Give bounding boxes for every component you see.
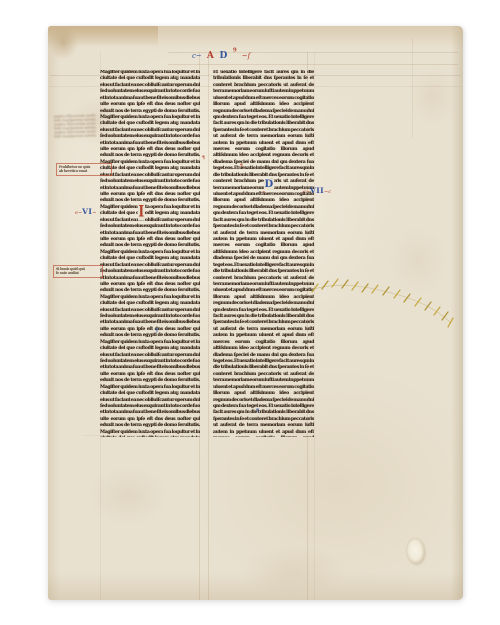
red-initial-i: I [138,203,145,221]
stain [88,466,168,526]
text-column-left: Magiſter quidem iuxta opera ſua loquitur… [100,70,200,437]
running-head-flourish-left: c~ [192,52,202,60]
manuscript-photo: c~ A D 9 ~ſ Magiſter quidem iuxta opera … [0,0,500,625]
numeral-flourish: ~c [324,189,331,195]
ink-offset-smudge: umbra litterarum uerſo folii tranſparens… [54,113,103,140]
text-column-right: Et uexatio intelligere facit aures qm in… [213,70,314,437]
numeral-flourish: c~ [303,189,310,195]
pilcrow-mark: ¶ [155,329,158,334]
running-head-superscript: 9 [233,48,237,54]
pilcrow-mark: ¶ [202,156,205,161]
running-head: c~ A D 9 ~ſ [192,43,272,62]
chapter-numeral-vi: e~VI~ [75,199,97,218]
parchment-patch [404,536,427,564]
penwork-filigree: ((( [261,191,266,193]
marginal-note-line: ab heretico emat [59,169,109,173]
running-head-flourish-right: ~ſ [242,52,250,60]
top-edge-stain [48,26,158,46]
numeral-flourish: ~ [92,210,96,216]
stain [408,66,458,126]
ruling-line [412,38,413,138]
blue-initial-d: D [264,179,274,190]
pilcrow-mark: ¶ [256,409,259,414]
ruling-line [168,64,458,65]
parchment-leaf: c~ A D 9 ~ſ Magiſter quidem iuxta opera … [48,26,463,600]
pilcrow-mark: ¶ [240,164,243,169]
corner-stain [48,26,78,60]
numeral: VII [310,186,324,195]
numeral: VI [82,207,92,216]
repair-stitching [310,276,460,332]
stain [238,546,348,596]
running-head-letter: A [207,51,214,61]
running-head-letter: D [219,51,227,61]
marginal-note-framed: Prohibetur ne quis ab heretico emat [56,163,112,176]
ruling-line [208,52,209,600]
chapter-numeral-vii: c~VII~c [303,178,331,197]
marginal-note-line: ſe noie audiat [56,271,100,275]
marginal-note-framed: Si bonis quid quã ſe noie audiat [53,265,103,278]
